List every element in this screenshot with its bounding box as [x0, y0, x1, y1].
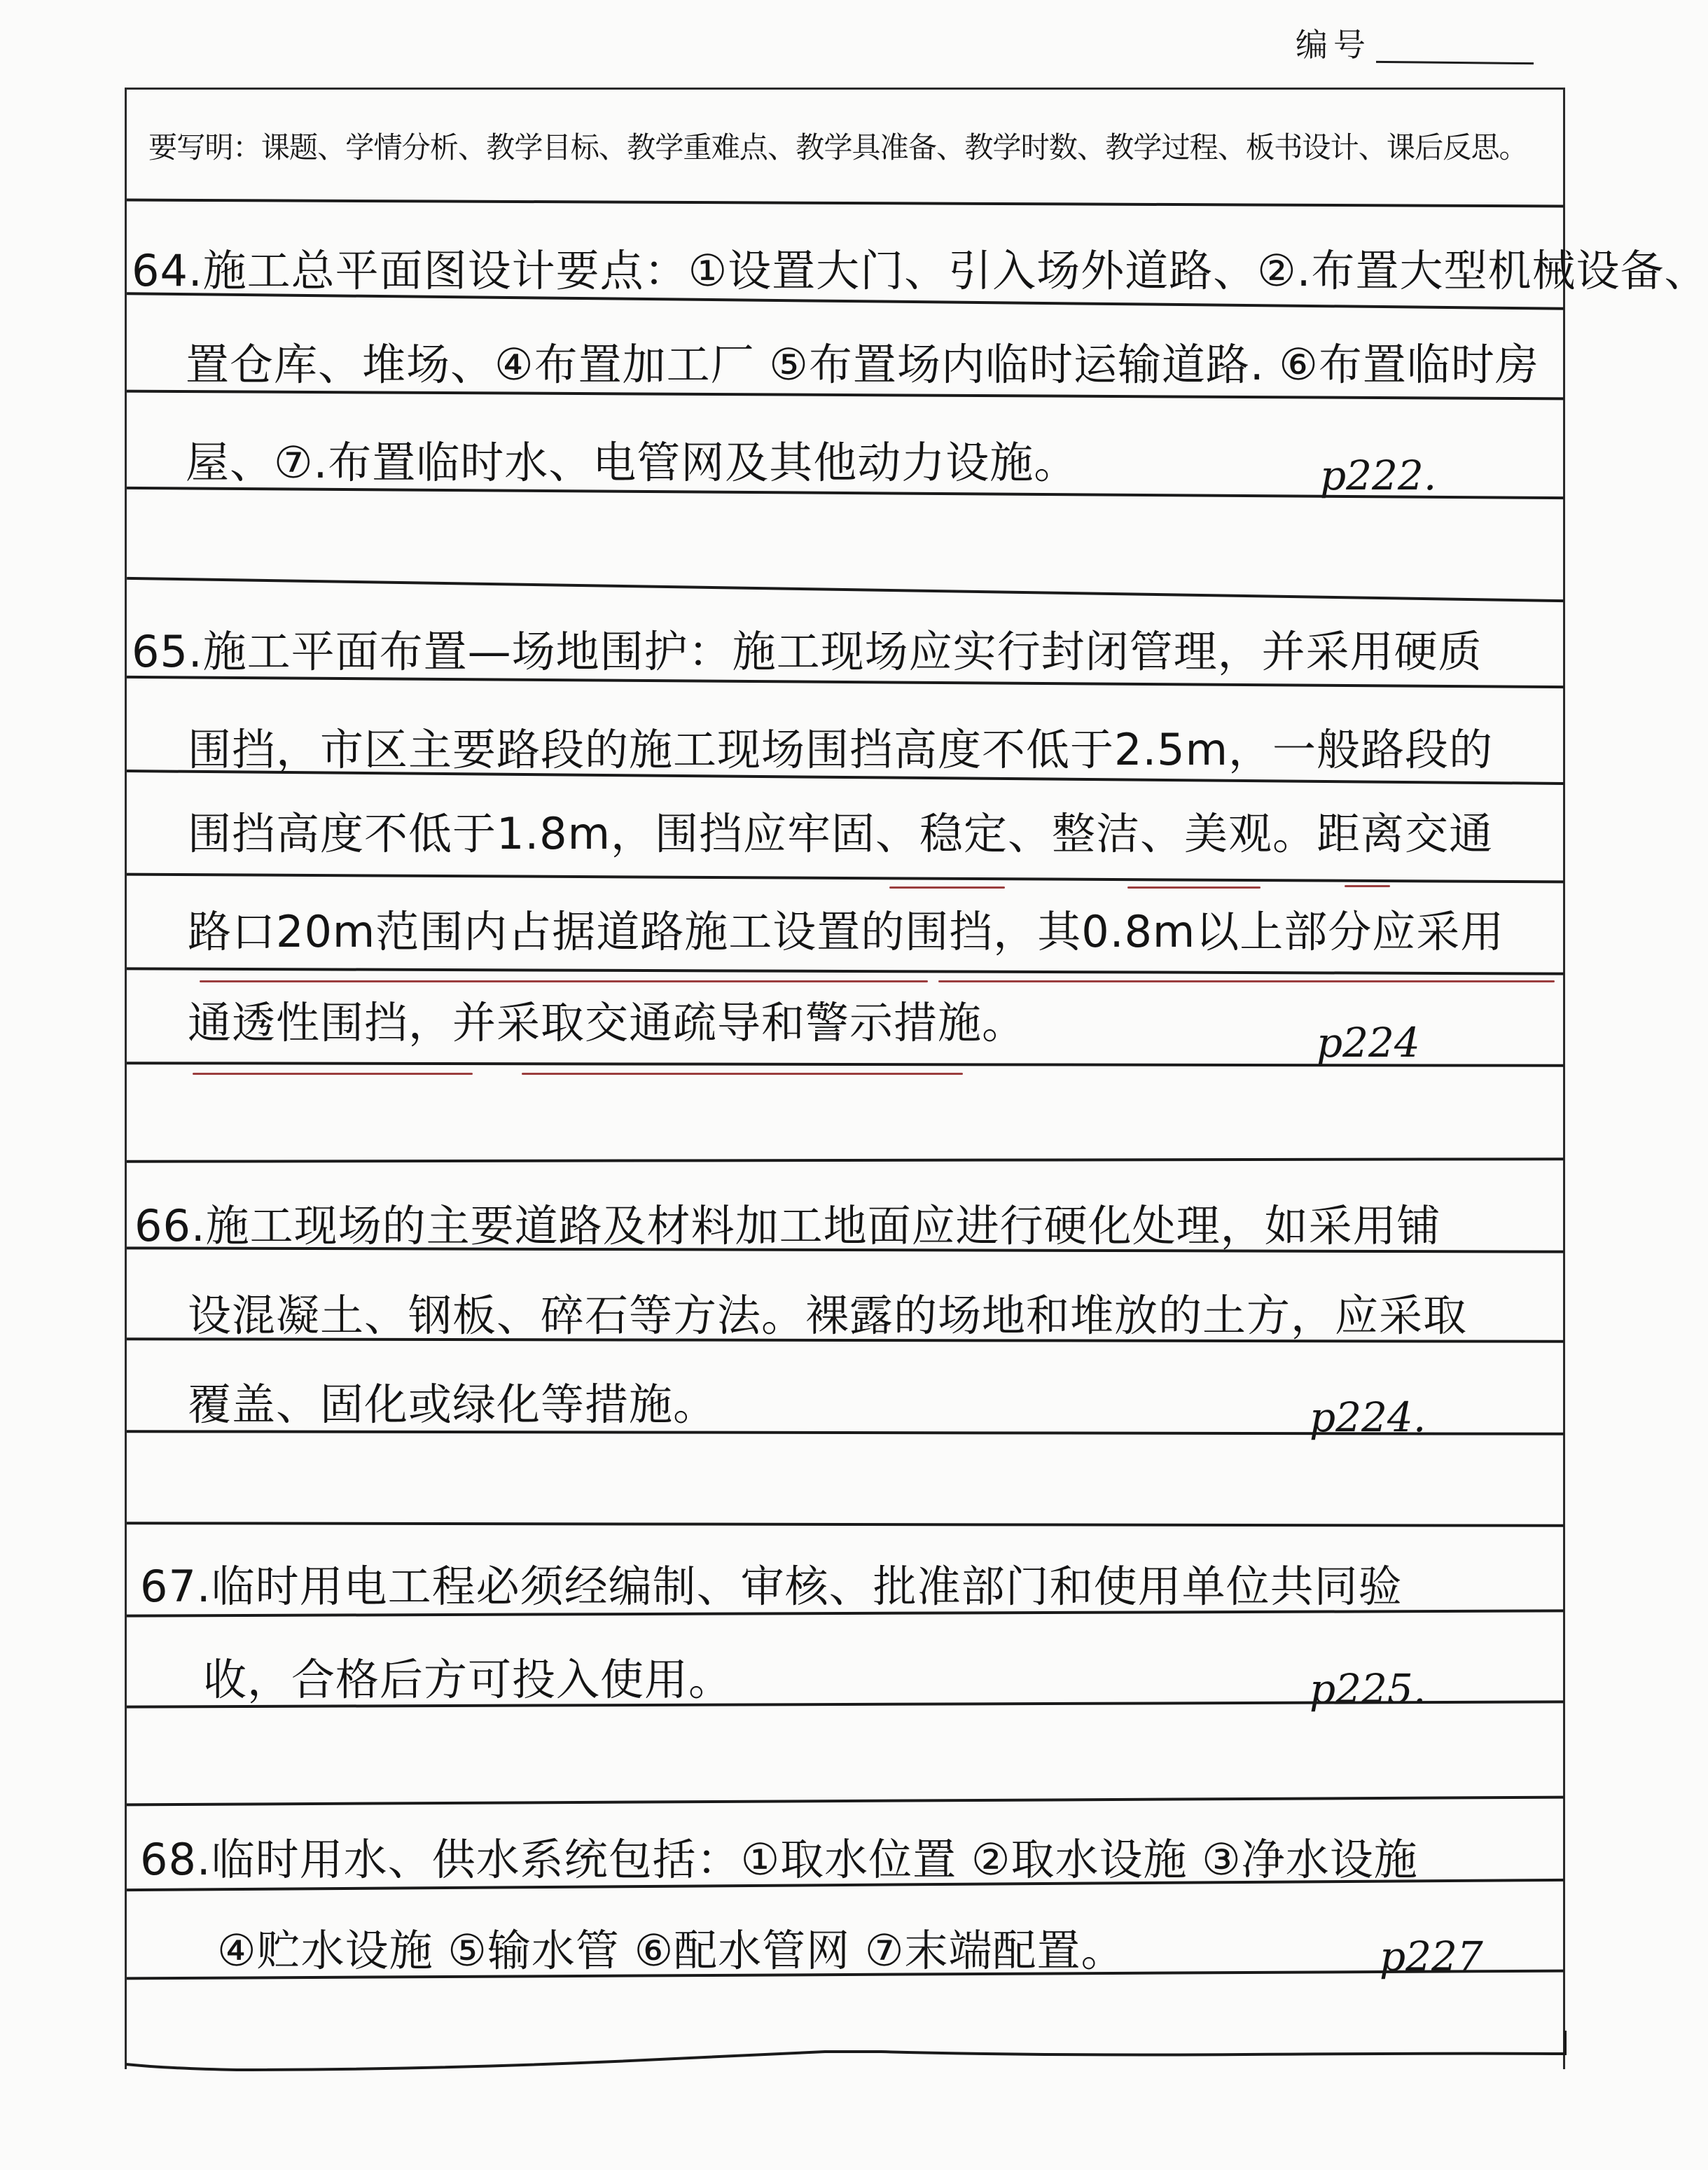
text-line: 路口20m范围内占据道路施工设置的围挡，其0.8m以上部分应采用 [188, 910, 1504, 954]
page-reference: p224 [1317, 1019, 1420, 1066]
red-underline [193, 1073, 473, 1075]
text-line: 64.施工总平面图设计要点：①设置大门、引入场外道路、②.布置大型机械设备、③布 [132, 249, 1708, 293]
frame-bottom-border [125, 2031, 1567, 2073]
red-underline [889, 886, 1005, 889]
text-line: 设混凝土、钢板、碎石等方法。裸露的场地和堆放的土方，应采取 [188, 1294, 1467, 1337]
instruction-text: 要写明：课题、学情分析、教学目标、教学重难点、教学具准备、教学时数、教学过程、板… [148, 125, 1527, 167]
text-line: 覆盖、固化或绿化等措施。 [188, 1383, 717, 1426]
text-line: 围挡高度不低于1.8m，围挡应牢固、稳定、整洁、美观。距离交通 [188, 812, 1493, 856]
serial-number-blank [1376, 61, 1534, 64]
text-line: 65.施工平面布置—场地围护：施工现场应实行封闭管理，并采用硬质 [132, 630, 1483, 674]
text-line: 通透性围挡，并采取交通疏导和警示措施。 [188, 1001, 1026, 1045]
red-underline [1127, 886, 1261, 889]
red-underline [1345, 885, 1390, 887]
page-reference: p225. [1310, 1665, 1426, 1713]
text-line: 66.施工现场的主要道路及材料加工地面应进行硬化处理，如采用铺 [134, 1204, 1441, 1248]
red-underline [522, 1073, 963, 1075]
text-line: 68.临时用水、供水系统包括：①取水位置 ②取水设施 ③净水设施 [140, 1838, 1418, 1882]
red-underline [200, 980, 928, 982]
text-line: 围挡，市区主要路段的施工现场围挡高度不低于2.5m，一般路段的 [188, 728, 1493, 772]
text-line: ④贮水设施 ⑤输水管 ⑥配水管网 ⑦末端配置。 [217, 1929, 1125, 1973]
red-underline [938, 980, 1555, 982]
text-line: 屋、⑦.布置临时水、电管网及其他动力设施。 [186, 441, 1078, 485]
serial-number-label: 编号 [1296, 20, 1371, 66]
text-line: 67.临时用电工程必须经编制、审核、批准部门和使用单位共同验 [140, 1565, 1403, 1608]
text-line: 置仓库、堆场、④布置加工厂 ⑤布置场内临时运输道路. ⑥布置临时房 [186, 343, 1539, 387]
page-reference: p222. [1320, 452, 1436, 499]
text-line: 收，合格后方可投入使用。 [203, 1658, 733, 1702]
